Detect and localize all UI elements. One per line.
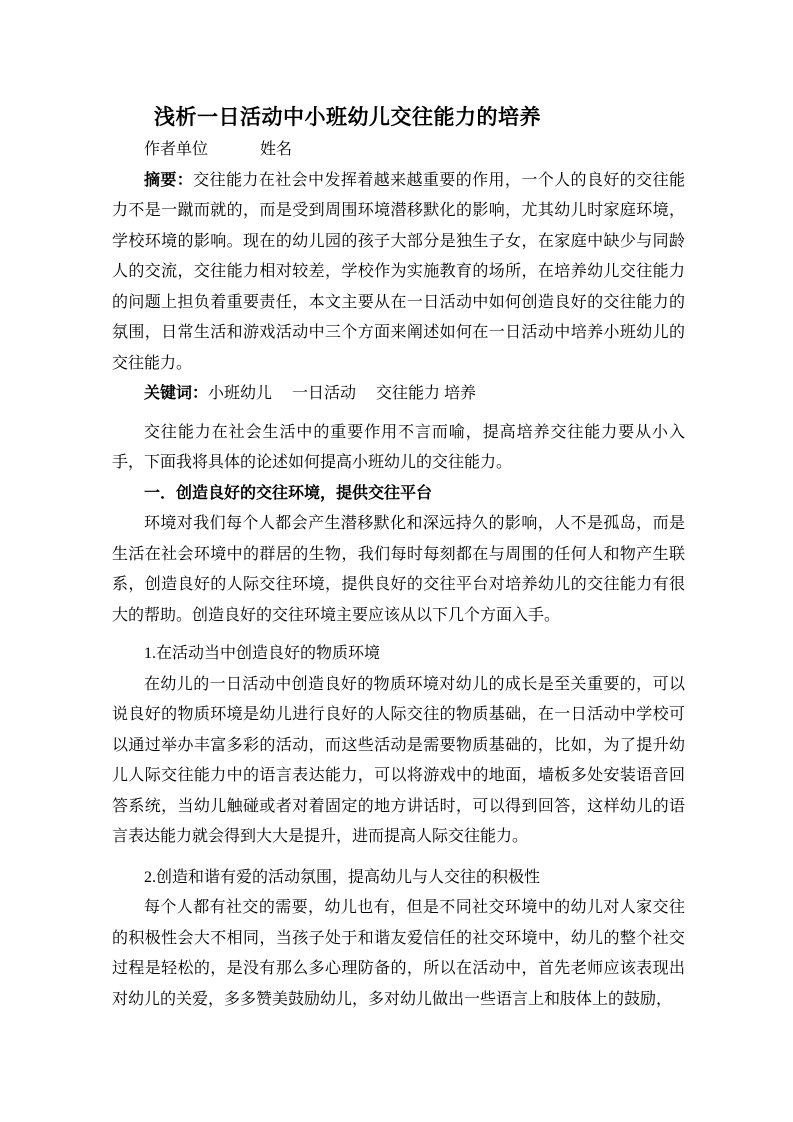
section-1-lead-paragraph: 环境对我们每个人都会产生潜移默化和深远持久的影响，人不是孤岛，而是生活在社会环境… [112,509,685,631]
subsection-2-heading: 2.创造和谐有爱的活动氛围，提高幼儿与人交往的积极性 [112,863,685,894]
subsection-2-paragraph: 每个人都有社交的需要，幼儿也有，但是不同社交环境中的幼儿对人家交往的积极性会大不… [112,893,685,1015]
author-unit-label: 作者单位 [144,141,208,158]
section-1-heading: 一．创造良好的交往环境，提供交往平台 [112,479,685,510]
author-line: 作者单位姓名 [112,135,685,166]
intro-paragraph: 交往能力在社会生活中的重要作用不言而喻，提高培养交往能力要从小入手，下面我将具体… [112,418,685,479]
abstract-label: 摘要： [144,172,193,189]
keywords-text: 小班幼儿 一日活动 交往能力 培养 [208,385,476,402]
subsection-1-paragraph: 在幼儿的一日活动中创造良好的物质环境对幼儿的成长是至关重要的，可以说良好的物质环… [112,670,685,853]
document-title: 浅析一日活动中小班幼儿交往能力的培养 [112,99,685,135]
abstract-paragraph: 摘要：交往能力在社会中发挥着越来越重要的作用，一个人的良好的交往能力不是一蹴而就… [112,166,685,380]
subsection-1-heading: 1.在活动当中创造良好的物质环境 [112,639,685,670]
keywords-line: 关键词：小班幼儿 一日活动 交往能力 培养 [112,379,685,410]
document-page: 浅析一日活动中小班幼儿交往能力的培养 作者单位姓名 摘要：交往能力在社会中发挥着… [0,0,793,1122]
author-name-label: 姓名 [260,141,292,158]
abstract-text: 交往能力在社会中发挥着越来越重要的作用，一个人的良好的交往能力不是一蹴而就的，而… [112,172,685,372]
keywords-label: 关键词： [144,385,208,402]
document-content: 浅析一日活动中小班幼儿交往能力的培养 作者单位姓名 摘要：交往能力在社会中发挥着… [112,99,685,1015]
